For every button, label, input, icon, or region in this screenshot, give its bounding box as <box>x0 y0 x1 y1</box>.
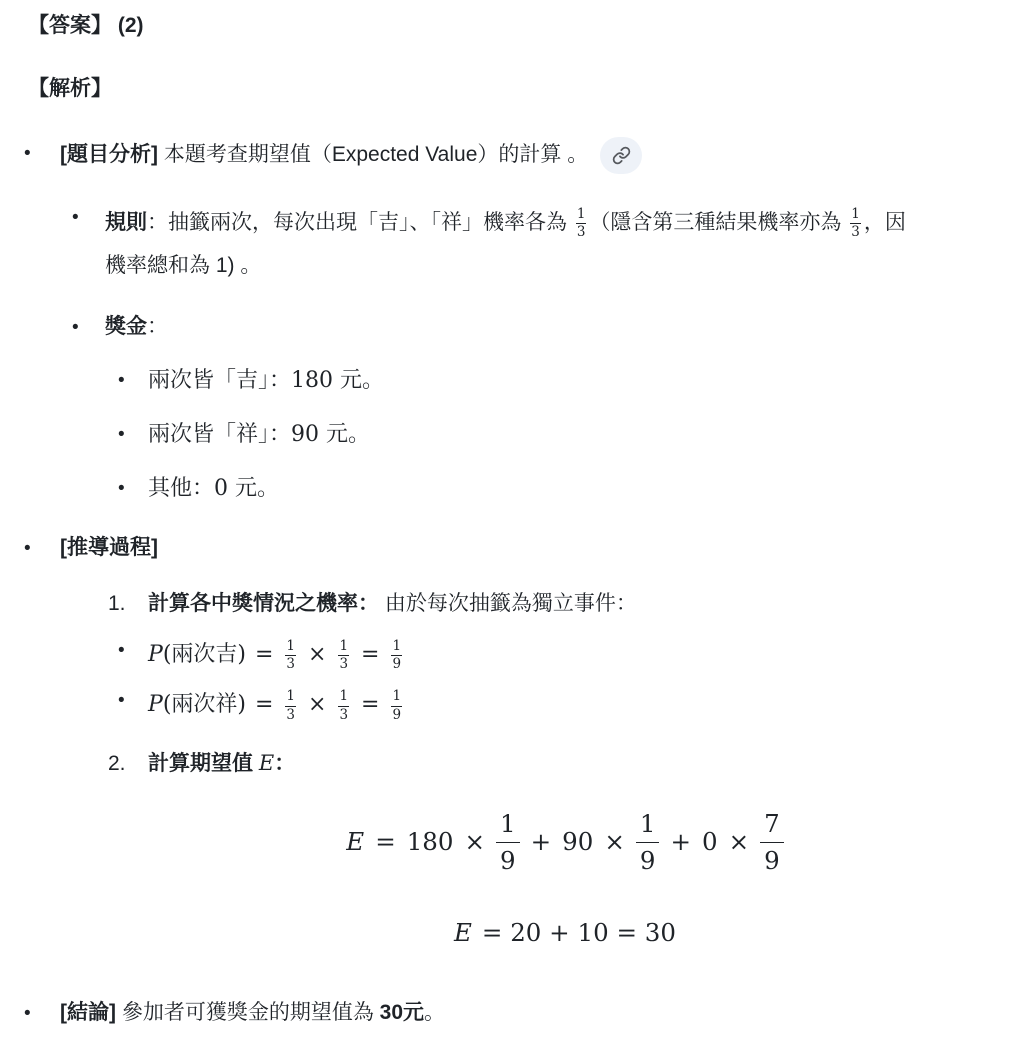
derivation-label: [推導過程] <box>60 536 158 559</box>
conclusion-value: 30元 <box>380 1001 424 1024</box>
derivation-step-1: 1. 計算各中獎情況之機率： 由於每次抽籤為獨立事件： <box>28 588 1012 620</box>
step1-plain: 由於每次抽籤為獨立事件： <box>379 592 637 615</box>
prize-label: 獎金 <box>105 315 147 338</box>
equals-sign: = <box>375 824 396 861</box>
times-sign: × <box>464 824 485 861</box>
answer-heading: 【答案】 (2) <box>28 10 1012 42</box>
prize-item: • 獎金： <box>28 311 1012 343</box>
conclusion-item: • [結論] 參加者可獲獎金的期望值為 30元。 <box>28 997 1012 1029</box>
prize-amount-90: 90 <box>562 824 593 861</box>
probability-formula: P(兩次吉)=13×13=19 <box>148 634 1012 676</box>
expected-value-result-equation: E = 20 + 10 = 30 <box>118 915 1012 952</box>
derivation-heading: [推導過程] <box>60 532 1012 564</box>
prize-case-xiang: • 兩次皆「祥」：90 元。 <box>28 418 1012 451</box>
rule-post-text: ，因 <box>864 211 906 234</box>
equals-sign: = <box>255 692 273 717</box>
fraction-one-third: 13 <box>576 208 587 240</box>
bullet-marker: • <box>24 532 60 564</box>
list-number: 1. <box>108 588 148 620</box>
list-number: 2. <box>108 748 148 780</box>
step2-text: 計算期望值 E： <box>148 748 1012 780</box>
link-icon <box>612 146 631 165</box>
bullet-marker: • <box>118 634 148 666</box>
rule-line2-text: 機率總和為 1) 。 <box>105 254 261 277</box>
fraction-seven-ninths: 79 <box>760 810 784 875</box>
solution-document: 【答案】 (2) 【解析】 • [題目分析] 本題考查期望值（Expected … <box>0 0 1024 1048</box>
bullet-marker: • <box>72 201 105 233</box>
step1-text: 計算各中獎情況之機率： 由於每次抽籤為獨立事件： <box>148 588 1012 620</box>
derivation-step-2: 2. 計算期望值 E： <box>28 748 1012 780</box>
equals-sign: = <box>255 642 273 667</box>
probability-line-xiang: • P(兩次祥)=13×13=19 <box>28 684 1012 726</box>
math-var-E: E <box>259 751 274 775</box>
fraction-one-third: 13 <box>850 208 861 240</box>
equation-result: = 20 + 10 = 30 <box>482 915 676 952</box>
bullet-marker: • <box>118 684 148 716</box>
prize-heading: 獎金： <box>105 311 1012 343</box>
bullet-marker: • <box>24 137 60 169</box>
prize-case-text: 其他：0 元。 <box>148 472 1012 505</box>
bullet-marker: • <box>118 418 148 450</box>
fraction: 19 <box>391 640 402 672</box>
plus-sign: + <box>531 824 552 861</box>
conclusion-plain: 參加者可獲獎金的期望值為 <box>116 1001 380 1024</box>
prize-amount-180: 180 <box>407 824 454 861</box>
prize-case-text: 兩次皆「吉」：180 元。 <box>148 364 1012 397</box>
conclusion-label: [結論] <box>60 1001 116 1024</box>
math-var-P: P <box>148 642 163 667</box>
citation-link-button[interactable] <box>600 137 642 174</box>
step2-bold: 計算期望值 <box>148 752 253 775</box>
rule-mid-text: （隱含第三種結果機率亦為 <box>589 211 847 234</box>
fraction: 19 <box>391 690 402 722</box>
prize-case-other: • 其他：0 元。 <box>28 472 1012 505</box>
fraction: 13 <box>338 690 349 722</box>
step2-colon: ： <box>274 752 295 775</box>
conclusion-text: [結論] 參加者可獲獎金的期望值為 30元。 <box>60 997 1012 1029</box>
equals-sign: = <box>361 642 379 667</box>
prize-colon: ： <box>147 315 168 338</box>
math-arg: (兩次吉) <box>163 642 246 667</box>
step1-bold: 計算各中獎情況之機率： <box>148 592 379 615</box>
math-var-E: E <box>346 824 364 861</box>
bullet-marker: • <box>24 997 60 1029</box>
topic-analysis-text: [題目分析] 本題考查期望值（Expected Value）的計算 。 <box>60 137 1012 174</box>
rule-text: 規則：抽籤兩次，每次出現「吉」、「祥」機率各為 13（隱含第三種結果機率亦為 1… <box>105 201 1012 287</box>
math-arg: (兩次祥) <box>163 692 246 717</box>
rule-item: • 規則：抽籤兩次，每次出現「吉」、「祥」機率各為 13（隱含第三種結果機率亦為… <box>28 201 1012 287</box>
topic-analysis-item: • [題目分析] 本題考查期望值（Expected Value）的計算 。 <box>28 137 1012 174</box>
expected-value-equation: E = 180 × 19 + 90 × 19 + 0 × 79 <box>118 810 1012 875</box>
prize-case-ji: • 兩次皆「吉」：180 元。 <box>28 364 1012 397</box>
derivation-item: • [推導過程] <box>28 532 1012 564</box>
analysis-heading: 【解析】 <box>28 73 1012 105</box>
probability-line-ji: • P(兩次吉)=13×13=19 <box>28 634 1012 676</box>
fraction: 13 <box>285 690 296 722</box>
fraction: 13 <box>338 640 349 672</box>
fraction-one-ninth: 19 <box>496 810 520 875</box>
prize-case-text: 兩次皆「祥」：90 元。 <box>148 418 1012 451</box>
fraction: 13 <box>285 640 296 672</box>
topic-label: [題目分析] <box>60 143 158 166</box>
fraction-one-ninth: 19 <box>636 810 660 875</box>
bullet-marker: • <box>118 472 148 504</box>
times-sign: × <box>308 692 326 717</box>
rule-pre-text: ：抽籤兩次，每次出現「吉」、「祥」機率各為 <box>147 211 573 234</box>
prize-amount-0: 0 <box>702 824 718 861</box>
conclusion-period: 。 <box>424 1001 445 1024</box>
math-var-P: P <box>148 692 163 717</box>
times-sign: × <box>604 824 625 861</box>
topic-text: 本題考查期望值（Expected Value）的計算 。 <box>158 143 588 166</box>
times-sign: × <box>308 642 326 667</box>
bullet-marker: • <box>118 364 148 396</box>
plus-sign: + <box>670 824 691 861</box>
bullet-marker: • <box>72 311 105 343</box>
probability-formula: P(兩次祥)=13×13=19 <box>148 684 1012 726</box>
math-var-E: E <box>454 915 472 952</box>
rule-label: 規則 <box>105 211 147 234</box>
times-sign: × <box>729 824 750 861</box>
equals-sign: = <box>361 692 379 717</box>
